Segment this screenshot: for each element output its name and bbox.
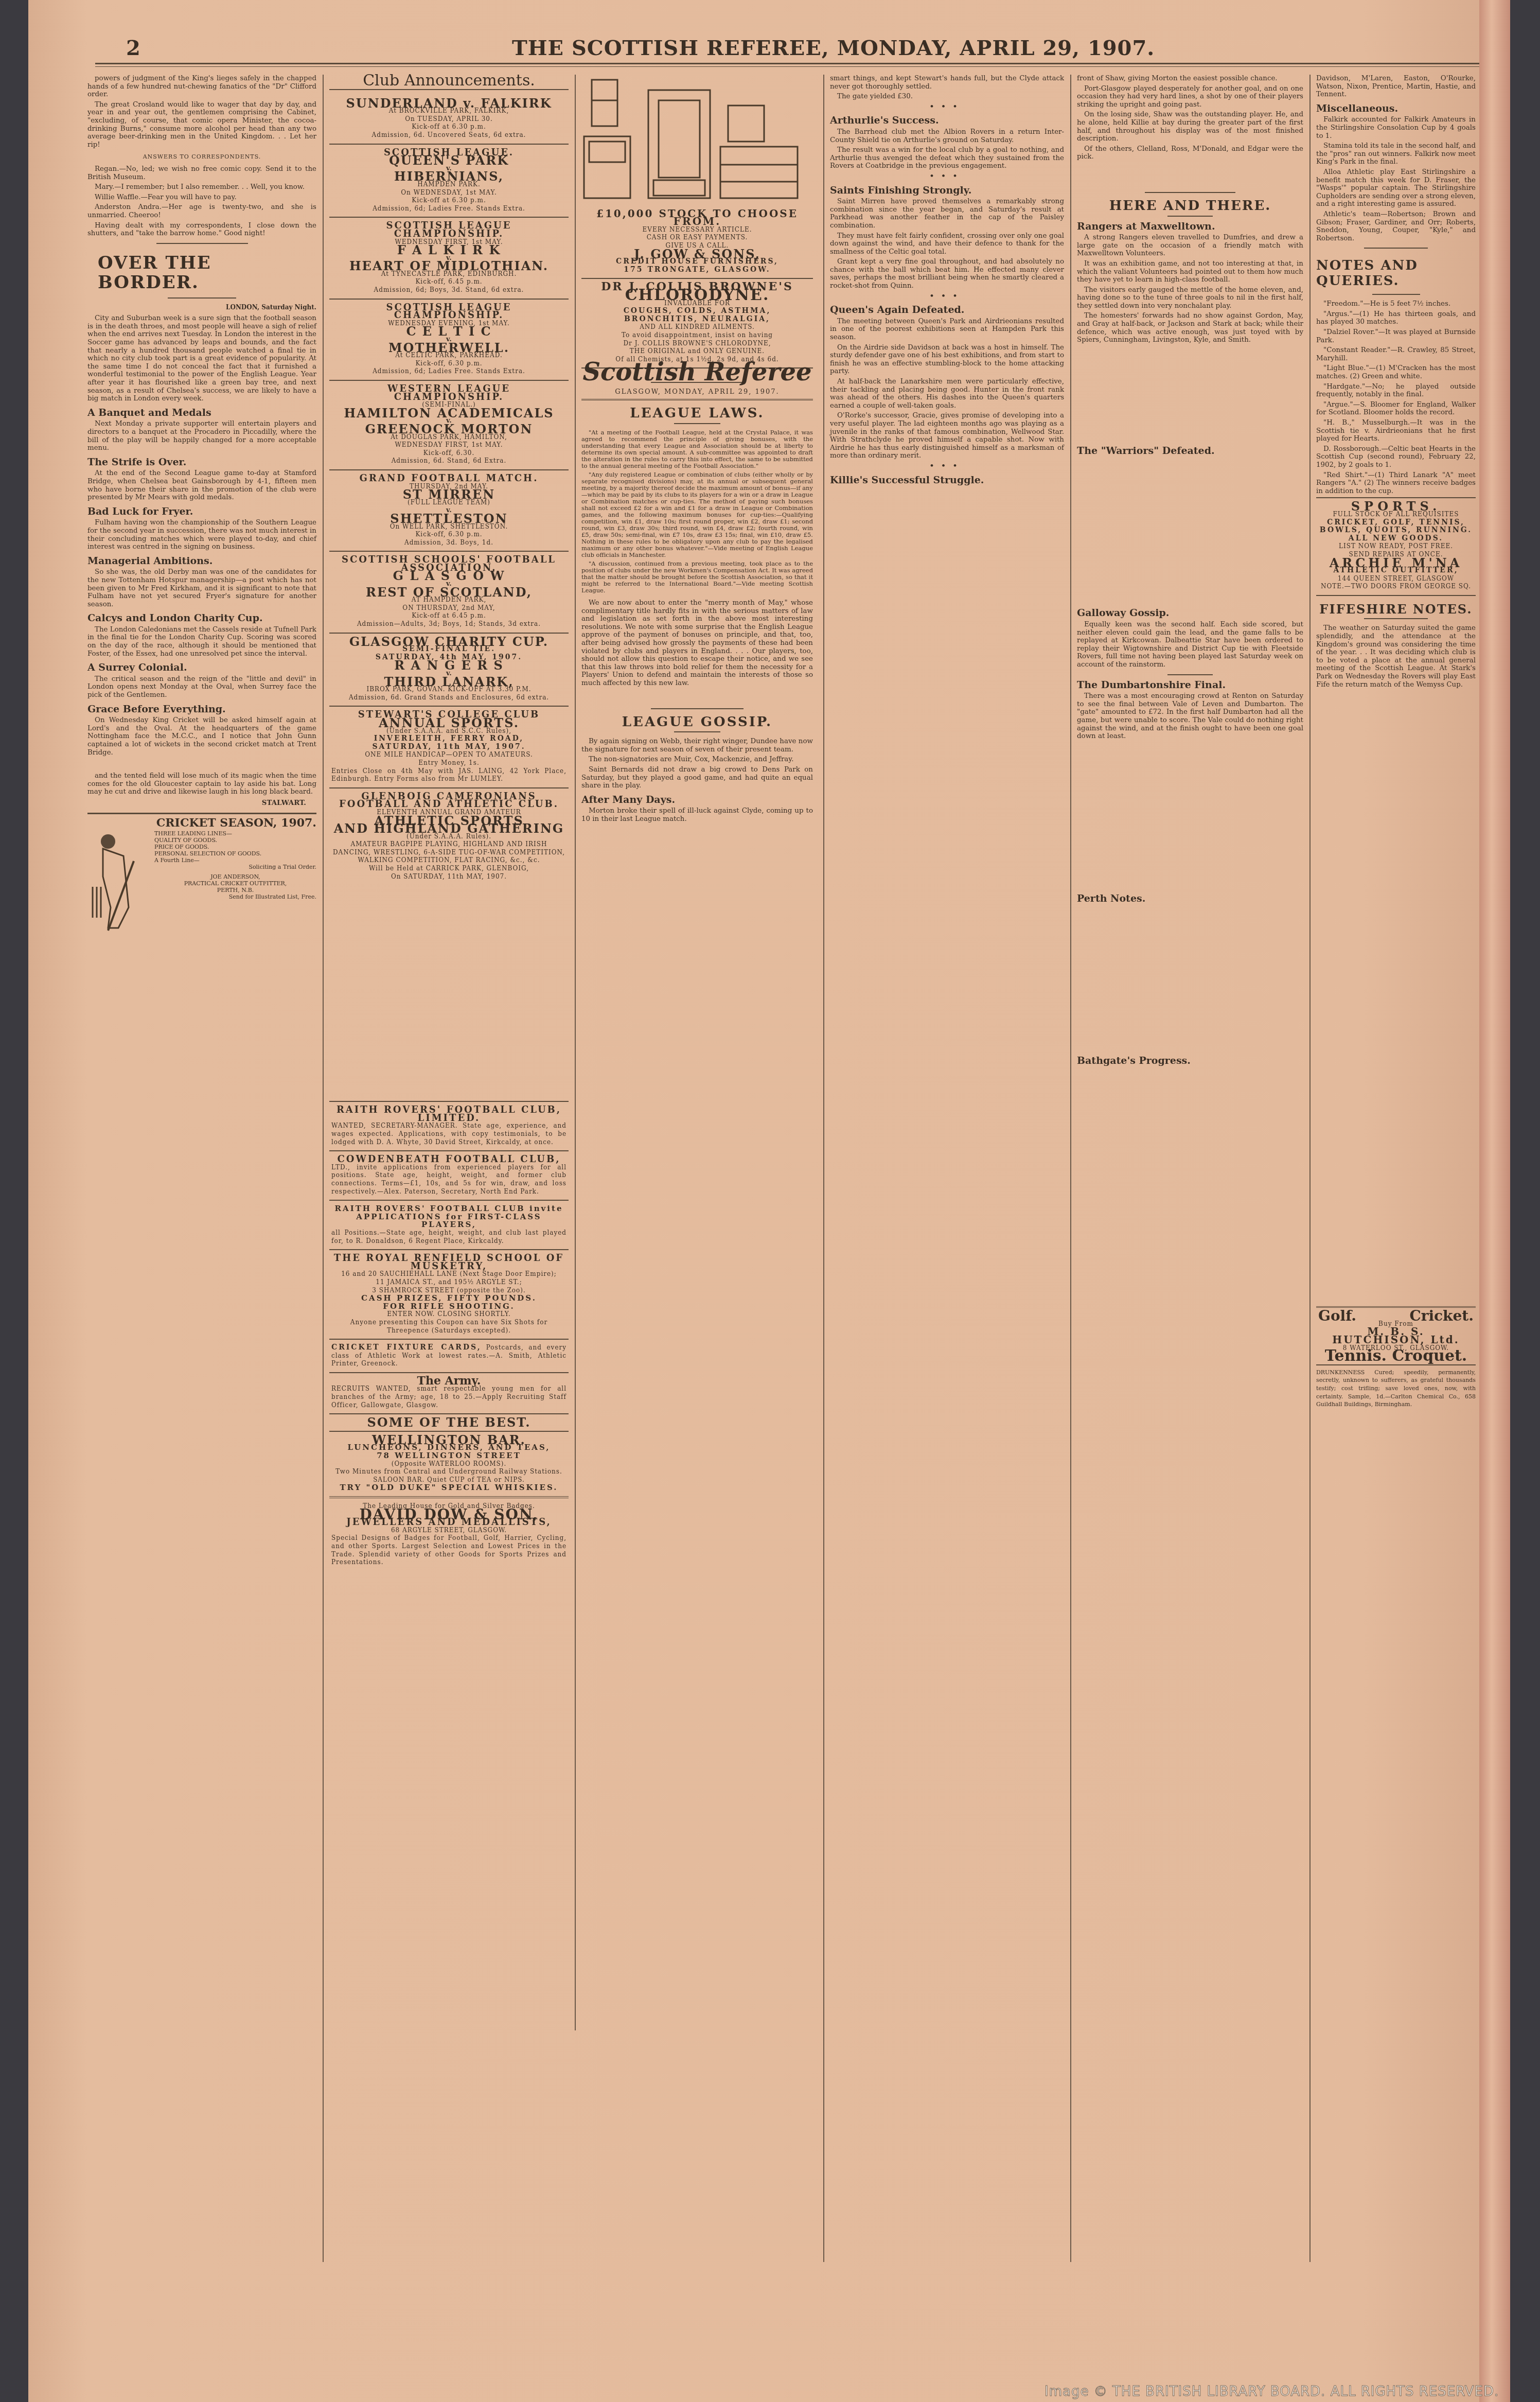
paragraph: Of the others, Clelland, Ross, M'Donald,… <box>1077 145 1303 161</box>
ad-headline: GRAND FOOTBALL MATCH. <box>331 475 567 483</box>
ad-line: On TUESDAY, APRIL 30. <box>331 115 567 124</box>
subhead: Miscellaneous. <box>1316 105 1476 113</box>
ad-line: At CELTIC PARK, PARKHEAD. <box>331 352 567 360</box>
ad-line: HAMPDEN PARK. <box>331 181 567 189</box>
query-answer: D. Rossborough.—Celtic beat Hearts in th… <box>1316 445 1476 469</box>
ad-team: R A N G E R S <box>331 661 567 670</box>
ad-title: AND HIGHLAND GATHERING <box>331 825 567 833</box>
subhead: Rangers at Maxwelltown. <box>1077 223 1303 231</box>
paragraph: There was a most encouraging crowd at Re… <box>1077 692 1303 741</box>
paragraph: The critical season and the reign of the… <box>87 675 316 699</box>
section-title: FIFESHIRE NOTES. <box>1316 605 1476 613</box>
column-rule <box>575 75 576 2030</box>
ad-line: Special Designs of Badges for Football, … <box>331 1534 567 1566</box>
section-label: ANSWERS TO CORRESPONDENTS. <box>87 153 316 161</box>
query-answer: "Hardgate."—No; he played outside freque… <box>1316 383 1476 399</box>
paragraph: smart things, and kept Stewart's hands f… <box>830 75 1064 91</box>
ad-line: INVALUABLE FOR <box>583 300 811 308</box>
ad-line: Admission, 6d. Grand Stands and Enclosur… <box>331 694 567 702</box>
club-ad-cricket-cards: CRICKET FIXTURE CARDS, Postcards, and ev… <box>329 1340 569 1373</box>
nameplate: Scottish Referee <box>581 369 813 377</box>
ad-line: (Under S.A.A.A. and S.C.C. Rules), <box>331 727 567 735</box>
paragraph: The homesters' forwards had no show agai… <box>1077 312 1303 344</box>
ad-team: HEART OF MIDLOTHIAN. <box>331 262 567 270</box>
subhead: Grace Before Everything. <box>87 706 316 714</box>
ad-team: F A L K I R K <box>331 246 567 254</box>
ad-line: 78 WELLINGTON STREET <box>331 1452 567 1460</box>
ad-line: THE ORIGINAL and ONLY GENUINE. <box>583 347 811 356</box>
wellington-bar-ad: WELLINGTON BAR. LUNCHEONS, DINNERS, AND … <box>329 1432 569 1498</box>
ad-line: To avoid disappointment, insist on havin… <box>583 331 811 340</box>
query-answer: "Constant Reader."—R. Crawley, 85 Street… <box>1316 346 1476 362</box>
paragraph: Port-Glasgow played desperately for anot… <box>1077 85 1303 109</box>
ad-line: WEDNESDAY FIRST, 1st MAY. <box>331 441 567 449</box>
query-answer: "Red Shirt."—(1) Third Lanark "A" meet R… <box>1316 471 1476 496</box>
subhead: Managerial Ambitions. <box>87 557 316 566</box>
divider <box>674 731 720 732</box>
header-rule <box>95 63 1484 67</box>
club-ad-queens-park-hibernians: SCOTTISH LEAGUE. QUEEN'S PARK v. HIBERNI… <box>329 145 569 218</box>
ad-line: Admission, 6d; Ladies Free. Stands Extra… <box>331 205 567 213</box>
ad-line: Two Minutes from Central and Underground… <box>331 1468 567 1476</box>
ad-desc: JEWELLERS AND MEDALLISTS, <box>331 1518 567 1527</box>
ad-line: Admission, 3d. Boys, 1d. <box>331 539 567 547</box>
query-answer: "Argue."—S. Bloomer for England, Walker … <box>1316 401 1476 417</box>
club-ad-st-mirren-shettleston: GRAND FOOTBALL MATCH. THURSDAY, 2nd MAY.… <box>329 470 569 552</box>
paragraph: Equally keen was the second half. Each s… <box>1077 621 1303 669</box>
paragraph: powers of judgment of the King's lieges … <box>87 75 316 99</box>
ad-line: 11 JAMAICA ST., and 195½ ARGYLE ST.; <box>331 1278 567 1287</box>
paragraph: On Wednesday King Cricket will be asked … <box>87 716 316 757</box>
paragraph: The London Caledonians met the Cassels r… <box>87 626 316 658</box>
ad-line: Will be Held at CARRICK PARK, GLENBOIG, <box>331 865 567 873</box>
divider <box>651 708 744 709</box>
ad-team: MOTHERWELL. <box>331 344 567 352</box>
cricket-ad: CRICKET SEASON, 1907. THREE LEADING LINE… <box>87 819 316 901</box>
ad-line: Kick-off, 6.30 p.m. <box>331 531 567 539</box>
paragraph: Grant kept a very fine goal throughout, … <box>830 258 1064 290</box>
divider <box>674 423 720 424</box>
column-3: £10,000 STOCK TO CHOOSE FROM. EVERY NECE… <box>581 75 813 826</box>
page-binding-edge <box>1479 0 1510 2402</box>
ad-team: G L A S G O W <box>331 572 567 580</box>
subhead: Queen's Again Defeated. <box>830 306 1064 314</box>
ad-title: ANNUAL SPORTS. <box>331 719 567 727</box>
paragraph: On the Airdrie side Davidson at back was… <box>830 344 1064 376</box>
column-rule <box>823 75 824 2262</box>
ad-headline: £10,000 STOCK TO CHOOSE FROM. <box>583 210 811 226</box>
ad-headline: SPORTS. <box>1318 502 1474 511</box>
signature: STALWART. <box>98 799 306 808</box>
query-answer: "Argus."—(1) He has thirteen goals, and … <box>1316 310 1476 326</box>
gow-furniture-ad: £10,000 STOCK TO CHOOSE FROM. EVERY NECE… <box>581 206 813 279</box>
ad-address: 175 TRONGATE, GLASGOW. <box>583 266 811 274</box>
ad-line: Kick-off, 6.30 p.m. <box>331 360 567 368</box>
ad-line: CASH OR EASY PAYMENTS. <box>583 234 811 242</box>
paragraph: The result was a win for the local club … <box>830 146 1064 170</box>
divider <box>1372 294 1420 295</box>
paragraph: Alloa Athletic play East Stirlingshire a… <box>1316 168 1476 208</box>
army-ad: The Army. RECRUITS WANTED, smart respect… <box>329 1373 569 1414</box>
paragraph: The gate yielded £30. <box>830 93 1064 101</box>
column-rule <box>323 75 324 2262</box>
divider-dots: ••• <box>830 462 1064 470</box>
divider <box>156 243 248 244</box>
ad-headline: CRICKET FIXTURE CARDS, <box>331 1343 482 1352</box>
divider <box>87 813 316 814</box>
ad-team: THIRD LANARK, <box>331 678 567 686</box>
subhead: A Banquet and Medals <box>87 409 316 417</box>
ad-desc: ATHLETIC OUTFITTER, <box>1318 567 1474 575</box>
column-5: front of Shaw, giving Morton the easiest… <box>1077 75 1303 1068</box>
ad-line: LTD., invite applications from experienc… <box>331 1164 567 1196</box>
ad-line: Admission, 6d; Ladies Free. Stands Extra… <box>331 367 567 376</box>
hutchison-ad: Golf. Cricket. Buy From M. B. S. HUTCHIS… <box>1316 1306 1476 1365</box>
correspondence-item: Regan.—No, led; we wish no free comic co… <box>87 165 316 181</box>
newspaper-page: 2 THE SCOTTISH REFEREE, MONDAY, APRIL 29… <box>28 0 1510 2402</box>
ad-line: AND ALL KINDRED AILMENTS. <box>583 323 811 331</box>
archie-sports-ad: SPORTS. FULL STOCK OF ALL REQUISITES CRI… <box>1316 497 1476 596</box>
quote: "A discussion, continued from a previous… <box>581 560 813 594</box>
paragraph: Saint Bernards did not draw a big crowd … <box>581 766 813 790</box>
paragraph: Falkirk accounted for Falkirk Amateurs i… <box>1316 116 1476 140</box>
subhead: A Surrey Colonial. <box>87 664 316 672</box>
paragraph: The visitors early gauged the mettle of … <box>1077 286 1303 310</box>
ad-team-note: (FULL LEAGUE TEAM) <box>331 499 567 507</box>
paragraph: Saint Mirren have proved themselves a re… <box>830 198 1064 230</box>
paragraph: On the losing side, Shaw was the outstan… <box>1077 111 1303 143</box>
ad-line: RECRUITS WANTED, smart respectable young… <box>331 1385 567 1409</box>
subhead: Galloway Gossip. <box>1077 609 1303 618</box>
paragraph: Stamina told its tale in the second half… <box>1316 142 1476 166</box>
ad-line: Dr J. COLLIS BROWNE'S CHLORODYNE, <box>583 340 811 348</box>
ad-line: TRY "OLD DUKE" SPECIAL WHISKIES. <box>331 1484 567 1492</box>
correspondence-item: Mary.—I remember; but I also remember. .… <box>87 183 316 191</box>
query-answer: "Light Blue."—(1) M'Cracken has the most… <box>1316 364 1476 380</box>
ad-line: BOWLS, QUOITS, RUNNING. <box>1318 527 1474 535</box>
ad-name: ARCHIE M'NA <box>1318 559 1474 567</box>
ad-line: AMATEUR BAGPIPE PLAYING, HIGHLAND AND IR… <box>331 840 567 865</box>
ad-line: ENTER NOW. CLOSING SHORTLY. <box>331 1310 567 1319</box>
subhead: After Many Days. <box>581 796 813 804</box>
subhead: The "Warriors" Defeated. <box>1077 447 1303 455</box>
column-6: Davidson, M'Laren, Easton, O'Rourke, Wat… <box>1316 75 1476 1409</box>
section-title: LEAGUE GOSSIP. <box>581 718 813 727</box>
paragraph: The great Crosland would like to wager t… <box>87 101 316 149</box>
ad-note: NOTE.—TWO DOORS FROM GEORGE SQ. <box>1318 583 1474 591</box>
section-title: Club Announcements. <box>329 77 569 90</box>
ad-team: REST OF SCOTLAND, <box>331 588 567 597</box>
ad-team: SHETTLESTON <box>331 515 567 523</box>
subhead: Bathgate's Progress. <box>1077 1057 1303 1065</box>
ad-line: CRICKET, GOLF, TENNIS, <box>1318 519 1474 527</box>
paragraph: By again signing on Webb, their right wi… <box>581 738 813 753</box>
ad-line: Admission, 6d. Uncovered Seats, 6d extra… <box>331 131 567 139</box>
divider <box>1167 674 1213 675</box>
club-ad-sunderland-falkirk: SUNDERLAND v. FALKIRK At BROCKVILLE PARK… <box>329 95 569 145</box>
column-rule <box>1070 75 1071 2262</box>
ad-line: On WELL PARK, SHETTLESTON. <box>331 523 567 531</box>
club-ad-renfield-musketry: THE ROYAL RENFIELD SCHOOL OF MUSKETRY, 1… <box>329 1250 569 1340</box>
ad-line: Kick-off at 6.30 p.m. <box>331 123 567 131</box>
section-title: HERE AND THERE. <box>1077 202 1303 211</box>
ad-line: Kick-off, 6.30. <box>331 449 567 458</box>
ad-line: all Positions.—State age, height, weight… <box>331 1229 567 1245</box>
ad-headline: RAITH ROVERS' FOOTBALL CLUB invite APPLI… <box>331 1205 567 1229</box>
paragraph: The Barrhead club met the Albion Rovers … <box>830 128 1064 144</box>
divider-dots: ••• <box>830 172 1064 181</box>
paragraph: Next Monday a private supporter will ent… <box>87 420 316 452</box>
club-ad-stewarts-college: STEWART'S COLLEGE CLUB ANNUAL SPORTS. (U… <box>329 707 569 788</box>
ad-headline: The Army. <box>331 1377 567 1386</box>
divider <box>168 297 237 299</box>
masthead: THE SCOTTISH REFEREE, MONDAY, APRIL 29, … <box>512 36 1155 60</box>
divider <box>1364 248 1428 249</box>
ad-headline: GLASGOW CHARITY CUP. <box>331 638 567 646</box>
ad-line: INVERLEITH, FERRY ROAD, <box>331 735 567 743</box>
ad-team: QUEEN'S PARK <box>331 156 567 165</box>
ad-headline: SUNDERLAND v. FALKIRK <box>331 99 567 108</box>
correspondence-item: Having dealt with my correspondents, I c… <box>87 222 316 238</box>
paragraph: O'Rorke's successor, Gracie, gives promi… <box>830 412 1064 460</box>
correspondence-item: Anderston Andra.—Her age is twenty-two, … <box>87 203 316 219</box>
subhead: Saints Finishing Strongly. <box>830 187 1064 195</box>
paragraph: The weather on Saturday suited the game … <box>1316 624 1476 689</box>
page-header: 2 THE SCOTTISH REFEREE, MONDAY, APRIL 29… <box>121 36 1479 62</box>
divider <box>1145 192 1235 193</box>
column-2: Club Announcements. SUNDERLAND v. FALKIR… <box>329 75 569 1571</box>
subhead: The Strife is Over. <box>87 459 316 467</box>
ad-line: Admission—Adults, 3d; Boys, 1d; Stands, … <box>331 620 567 628</box>
paragraph: Davidson, M'Laren, Easton, O'Rourke, Wat… <box>1316 75 1476 99</box>
ad-line: ALL NEW GOODS. <box>1318 535 1474 543</box>
ad-headline: RAITH ROVERS' FOOTBALL CLUB, LIMITED. <box>331 1106 567 1122</box>
ad-line: 16 and 20 SAUCHIEHALL LANE (Next Stage D… <box>331 1270 567 1278</box>
quote: "At a meeting of the Football League, he… <box>581 429 813 469</box>
ad-sport: Cricket. <box>1409 1312 1474 1320</box>
ad-event-list-placeholder <box>331 881 567 1097</box>
paragraph: City and Suburban week is a sure sign th… <box>87 314 316 403</box>
subhead: Calcys and London Charity Cup. <box>87 615 316 623</box>
query-answer: "Freedom."—He is 5 feet 7½ inches. <box>1316 300 1476 308</box>
ad-line: FOR RIFLE SHOOTING. <box>331 1303 567 1311</box>
correspondence-item: Willie Waffle.—Fear you will have to pay… <box>87 194 316 202</box>
ad-line: Anyone presenting this Coupon can have S… <box>331 1319 567 1335</box>
ad-sport: Tennis. Croquet. <box>1318 1352 1474 1360</box>
ad-desc: CREDIT HOUSE FURNISHERS, <box>583 258 811 266</box>
best-ad-header: SOME OF THE BEST. <box>329 1414 569 1432</box>
club-ad-falkirk-hearts: SCOTTISH LEAGUE CHAMPIONSHIP. WEDNESDAY … <box>329 218 569 299</box>
club-ad-hamilton-morton: WESTERN LEAGUE CHAMPIONSHIP. (SEMI-FINAL… <box>329 381 569 470</box>
dateline: GLASGOW, MONDAY, APRIL 29, 1907. <box>581 388 813 401</box>
club-ad-celtic-motherwell: SCOTTISH LEAGUE CHAMPIONSHIP. WEDNESDAY … <box>329 300 569 381</box>
ad-line: On SATURDAY, 11th MAY, 1907. <box>331 873 567 881</box>
ad-line: Entries Close on 4th May with JAS. LAING… <box>331 767 567 783</box>
paragraph: A strong Rangers eleven travelled to Dum… <box>1077 234 1303 258</box>
copyright-watermark: Image © THE BRITISH LIBRARY BOARD. ALL R… <box>1045 2384 1499 2399</box>
david-dow-ad: The Leading House for Gold and Silver Ba… <box>329 1498 569 1571</box>
paragraph: At the end of the Second League game to-… <box>87 469 316 501</box>
club-ad-schools: SCOTTISH SCHOOLS' FOOTBALL ASSOCIATION. … <box>329 552 569 633</box>
column-rule <box>1309 75 1311 2262</box>
ad-headline: GLENBOIG CAMERONIANS FOOTBALL AND ATHLET… <box>331 793 567 809</box>
divider-dots: ••• <box>830 103 1064 111</box>
section-title: LEAGUE LAWS. <box>581 410 813 418</box>
ad-line: On WEDNESDAY, 1st MAY. <box>331 189 567 197</box>
club-ad-raith-secretary: RAITH ROVERS' FOOTBALL CLUB, LIMITED. WA… <box>329 1102 569 1151</box>
furniture-illustration-icon <box>581 75 808 203</box>
paragraph: The non-signatories are Muir, Cox, Macke… <box>581 756 813 764</box>
ad-line: SATURDAY, 11th MAY, 1907. <box>331 743 567 751</box>
ad-headline: WESTERN LEAGUE CHAMPIONSHIP. <box>331 385 567 401</box>
dateline: LONDON, Saturday Night. <box>87 304 316 312</box>
ad-line: Admission, 6d. Stand, 6d Extra. <box>331 457 567 465</box>
ad-address: 144 QUEEN STREET, GLASGOW <box>1318 575 1474 583</box>
ad-line: BRONCHITIS, NEURALGIA, <box>583 315 811 324</box>
quote: "Any duly registered League or combinati… <box>581 471 813 558</box>
ad-name: M. B. S. HUTCHISON, Ltd. <box>1318 1328 1474 1344</box>
divider-dots: ••• <box>830 292 1064 301</box>
ad-line: LIST NOW READY, POST FREE. <box>1318 542 1474 551</box>
ad-team: GREENOCK MORTON <box>331 425 567 433</box>
paragraph: Fulham having won the championship of th… <box>87 519 316 551</box>
subhead: Arthurlie's Success. <box>830 117 1064 125</box>
ad-name: J. GOW & SONS, <box>583 250 811 258</box>
paragraph: Athletic's team—Robertson; Brown and Gib… <box>1316 211 1476 242</box>
section-title: NOTES AND QUERIES. <box>1316 258 1476 289</box>
club-ad-raith-players: RAITH ROVERS' FOOTBALL CLUB invite APPLI… <box>329 1201 569 1250</box>
paragraph: It was an exhibition game, and not too i… <box>1077 260 1303 284</box>
column-1: powers of judgment of the King's lieges … <box>87 75 316 933</box>
paragraph: At half-back the Lanarkshire men were pa… <box>830 378 1064 410</box>
ad-team: HIBERNIANS, <box>331 172 567 181</box>
club-ad-cowdenbeath: COWDENBEATH FOOTBALL CLUB, LTD., invite … <box>329 1151 569 1201</box>
ad-line: WANTED, SECRETARY-MANAGER. State age, ex… <box>331 1122 567 1146</box>
editorial: We are now about to enter the "merry mon… <box>581 599 813 688</box>
paragraph: They must have felt fairly confident, cr… <box>830 232 1064 256</box>
cricketer-illustration-icon <box>87 830 149 933</box>
ad-title: CRICKET SEASON, 1907. <box>87 819 316 828</box>
page-number: 2 <box>126 36 140 60</box>
ad-line: FULL STOCK OF ALL REQUISITES <box>1318 511 1474 519</box>
ad-headline: SCOTTISH LEAGUE CHAMPIONSHIP. <box>331 304 567 320</box>
query-answer: "H. B.," Musselburgh.—It was in the Scot… <box>1316 419 1476 443</box>
subhead: The Dumbartonshire Final. <box>1077 681 1303 690</box>
paragraph: front of Shaw, giving Morton the easiest… <box>1077 75 1303 83</box>
ad-team: C E L T I C <box>331 327 567 336</box>
ad-line: Admission, 6d; Boys, 3d. Stand, 6d extra… <box>331 286 567 294</box>
ad-line: (Opposite WATERLOO ROOMS). <box>331 1460 567 1468</box>
ad-line: ONE MILE HANDICAP—OPEN TO AMATEURS. <box>331 751 567 759</box>
ad-line: IBROX PARK, GOVAN. KICK-OFF AT 3.30 P.M. <box>331 686 567 694</box>
ad-line: COUGHS, COLDS, ASTHMA, <box>583 307 811 315</box>
club-ad-glenboig: GLENBOIG CAMERONIANS FOOTBALL AND ATHLET… <box>329 788 569 1102</box>
ad-headline: SCOTTISH LEAGUE CHAMPIONSHIP. <box>331 222 567 238</box>
paragraph: and the tented field will lose much of i… <box>87 772 316 796</box>
club-ad-charity-cup: GLASGOW CHARITY CUP. SEMI-FINAL TIE. SAT… <box>329 634 569 707</box>
ad-line: Kick-off at 6.45 p.m. <box>331 612 567 620</box>
paragraph: Morton broke their spell of ill-luck aga… <box>581 807 813 823</box>
ad-headline: THE ROYAL RENFIELD SCHOOL OF MUSKETRY, <box>331 1254 567 1270</box>
ad-line: ON THURSDAY, 2nd MAY, <box>331 604 567 612</box>
ad-line: Kick-off at 6.30 p.m. <box>331 197 567 205</box>
divider <box>1167 216 1213 217</box>
subhead: Killie's Successful Struggle. <box>830 477 1064 485</box>
ad-headline: SOME OF THE BEST. <box>331 1418 567 1427</box>
section-title: OVER THE BORDER. <box>98 253 316 292</box>
ad-team: ST MIRREN <box>331 490 567 499</box>
ad-team: HAMILTON ACADEMICALS <box>331 409 567 417</box>
drunkenness-ad: DRUNKENNESS Cured; speedily, permanently… <box>1316 1369 1476 1409</box>
ad-line: Kick-off, 6.45 p.m. <box>331 278 567 286</box>
subhead: Bad Luck for Fryer. <box>87 508 316 516</box>
ad-line: Entry Money, 1s. <box>331 759 567 767</box>
ad-sports-row: Golf. Cricket. <box>1318 1312 1474 1320</box>
chlorodyne-ad: DR J. COLLIS BROWNE'S CHLORODYNE. INVALU… <box>581 279 813 369</box>
query-answer: "Dalziel Rover."—It was played at Burnsi… <box>1316 328 1476 344</box>
ad-line: EVERY NECESSARY ARTICLE. <box>583 226 811 234</box>
paragraph: So she was, the old Derby man was one of… <box>87 568 316 608</box>
divider <box>1364 618 1428 619</box>
ad-sport: Golf. <box>1318 1312 1356 1320</box>
ad-address: 68 ARGYLE STREET, GLASGOW. <box>331 1527 567 1535</box>
ad-headline: COWDENBEATH FOOTBALL CLUB, <box>331 1155 567 1164</box>
subhead: Perth Notes. <box>1077 895 1303 903</box>
paragraph: The meeting between Queen's Park and Air… <box>830 318 1064 342</box>
column-4: smart things, and kept Stewart's hands f… <box>830 75 1064 487</box>
